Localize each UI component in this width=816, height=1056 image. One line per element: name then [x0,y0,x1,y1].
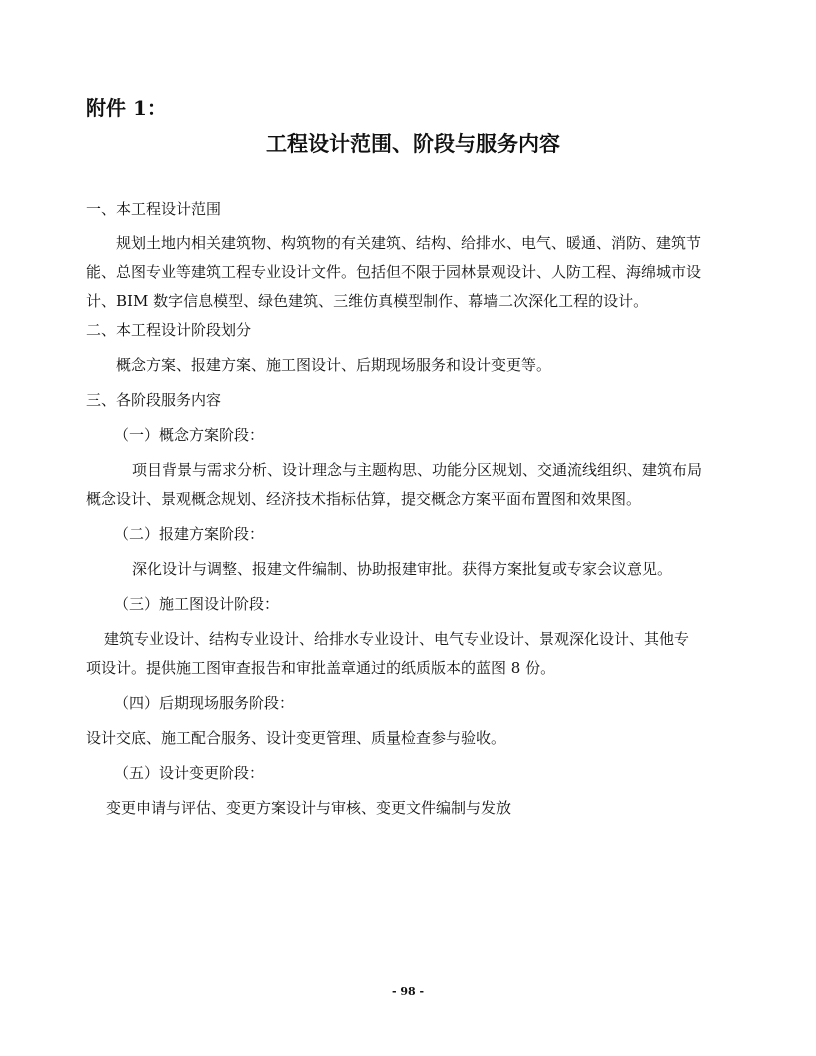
section-heading-phases: 二、本工程设计阶段划分 [86,320,251,340]
page-number: - 98 - [0,985,816,998]
section-heading-scope: 一、本工程设计范围 [86,199,221,219]
paragraph-line: 规划土地内相关建筑物、构筑物的有关建筑、结构、给排水、电气、暖通、消防、建筑节 [86,233,732,253]
document-page: 附件 1： 工程设计范围、阶段与服务内容 一、本工程设计范围 规划土地内相关建筑… [0,0,816,1056]
stage-body-line: 变更申请与评估、变更方案设计与审核、变更文件编制与发放 [106,798,511,818]
stage-body-line: 项目背景与需求分析、设计理念与主题构思、功能分区规划、交通流线组织、建筑布局 [132,460,702,480]
annex-label: 附件 1： [86,92,167,121]
page-title: 工程设计范围、阶段与服务内容 [0,128,816,158]
section-body-scope: 规划土地内相关建筑物、构筑物的有关建筑、结构、给排水、电气、暖通、消防、建筑节 … [86,233,732,311]
stage-body-line: 深化设计与调整、报建文件编制、协助报建审批。获得方案批复或专家会议意见。 [132,559,672,579]
paragraph-line: 计、BIM 数字信息模型、绿色建筑、三维仿真模型制作、幕墙二次深化工程的设计。 [86,291,732,311]
stage-heading-concept: （一）概念方案阶段： [114,425,264,445]
stage-body-line: 概念设计、景观概念规划、经济技术指标估算，提交概念方案平面布置图和效果图。 [86,489,641,509]
stage-heading-permit: （二）报建方案阶段： [114,524,264,544]
stage-body-line: 建筑专业设计、结构专业设计、给排水专业设计、电气专业设计、景观深化设计、其他专 [104,629,689,649]
stage-body-line: 设计交底、施工配合服务、设计变更管理、质量检查参与验收。 [86,728,506,748]
stage-heading-design-change: （五）设计变更阶段： [114,763,264,783]
stage-body-line: 项设计。提供施工图审查报告和审批盖章通过的纸质版本的蓝图 8 份。 [86,658,555,678]
section-heading-services: 三、各阶段服务内容 [86,390,221,410]
stage-heading-site-service: （四）后期现场服务阶段： [114,693,294,713]
section-body-phases: 概念方案、报建方案、施工图设计、后期现场服务和设计变更等。 [116,355,551,375]
paragraph-line: 能、总图专业等建筑工程专业设计文件。包括但不限于园林景观设计、人防工程、海绵城市… [86,262,732,282]
stage-heading-construction-drawings: （三）施工图设计阶段： [114,594,279,614]
